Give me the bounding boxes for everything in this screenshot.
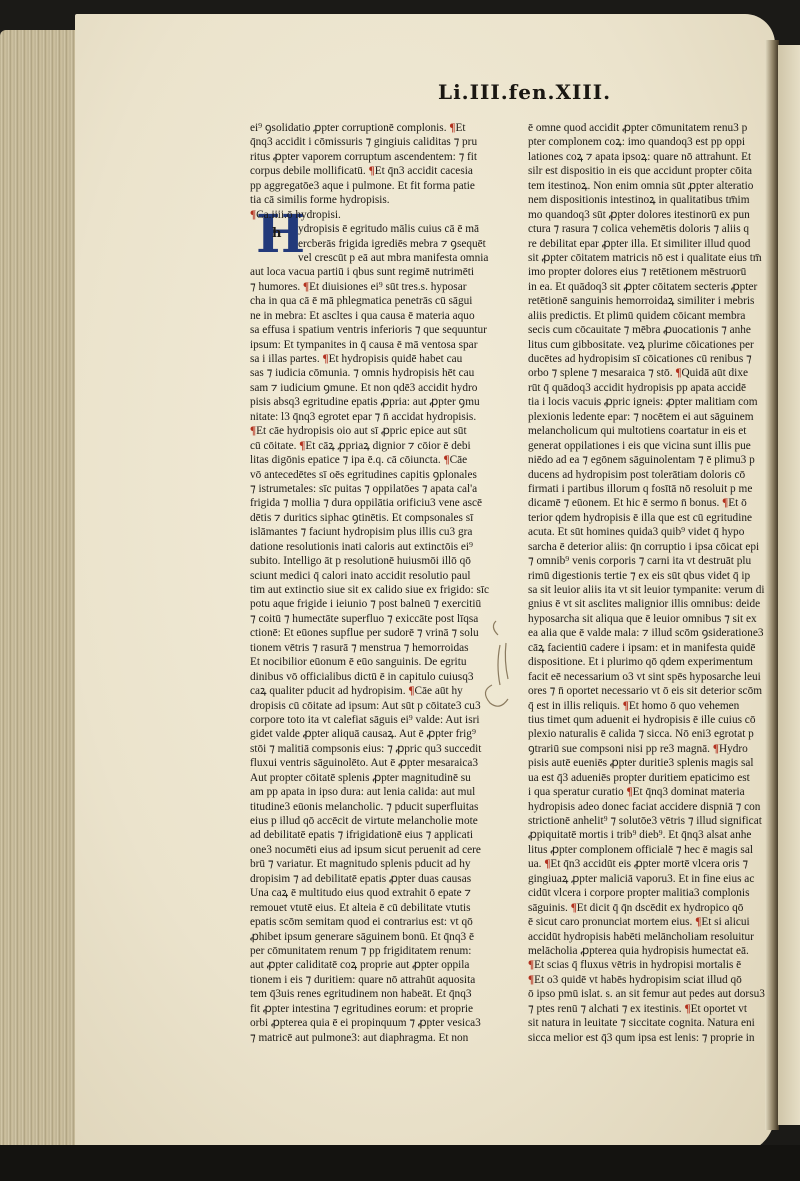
- text-line: nitate: l3 q̄nq3 egrotet epar ⁊ n̄ accid…: [250, 410, 500, 424]
- text-line: ꝓpiquitatē mortis i trib⁹ dieb⁹. Et q̄nq…: [528, 828, 773, 842]
- text-line: ua. ¶Et q̄n3 accidūt eis ꝓpter mortē vlc…: [528, 857, 773, 871]
- text-line: cidūt vlcera i corpore propter malitia3 …: [528, 886, 773, 900]
- paragraph-mark-icon: ¶: [299, 440, 305, 452]
- text-line: melancholicum qui multotiens coartatur i…: [528, 424, 773, 438]
- running-head: Li.III.fen.XIII.: [438, 80, 611, 104]
- text-line: plexionis ledente epar: ⁊ nocētem ei aut…: [528, 410, 773, 424]
- text-line: ⁊ istrumetales: sīc puitas ⁊ oppilatōes …: [250, 482, 500, 496]
- text-line: ydropisis ē egritudo mālis cuius cā ē mā: [250, 222, 500, 236]
- text-line: eius p illud qō accēcit de virtute melan…: [250, 814, 500, 828]
- handwritten-flourish-icon: [478, 615, 528, 715]
- text-line: pisis autē eueniēs ꝓpter duritie3 spleni…: [528, 756, 773, 770]
- text-line: litus cum gibbositate. veꝝ plurime cōica…: [528, 338, 773, 352]
- text-line: dropisim ⁊ ad debilitatē epatis ꝓpter du…: [250, 872, 500, 886]
- text-line: ei⁹ ꝯsolidatio ꝓpter corruptionē complon…: [250, 121, 500, 135]
- text-line: ¶Et cāe hydropisis oio aut sī ꝓpric epic…: [250, 424, 500, 438]
- text-line: secis cum cōcauitate ⁊ mēbra ꝓuocationis…: [528, 323, 773, 337]
- text-line: ⁊ ptes renū ⁊ alchati ⁊ ex itestinis. ¶E…: [528, 1002, 773, 1016]
- text-line: titudine3 eūonis melancholic. ⁊ pducit s…: [250, 800, 500, 814]
- text-line: imo propter dolores eius ⁊ retētionem mē…: [528, 265, 773, 279]
- facing-page-edge: [778, 45, 800, 1125]
- text-line: fluxui ventris sāguinolēto. Aut ē ꝓpter …: [250, 756, 500, 770]
- text-line: dropisis cū cōitate ad ipsum: Aut sūt p …: [250, 699, 500, 713]
- text-line: aut ꝓpter caliditatē coꝝ proprie aut ꝓpt…: [250, 958, 500, 972]
- right-text-column: ē omne quod accidit ꝓpter cōmunitatem re…: [528, 121, 773, 1045]
- text-line: dispositione. Et i plurimo qō qdem exper…: [528, 655, 773, 669]
- text-line: pp aggregatōe3 aque i pulmone. Et fit fo…: [250, 179, 500, 193]
- text-line: rimū digestionis tertie ⁊ ex eis sūt qbu…: [528, 569, 773, 583]
- text-line: q̄ est in illis reliquis. ¶Et homo ō quo…: [528, 699, 773, 713]
- text-line: niēdo ad ea ⁊ egōnem sāguinolentam ⁊ ē p…: [528, 453, 773, 467]
- text-line: sam ⁊ iudicium ꝯmune. Et non qdē3 accidi…: [250, 381, 500, 395]
- paragraph-mark-icon: ¶: [627, 786, 633, 798]
- text-line: litas digōnis epatice ⁊ ipa ē.q. cā cōiu…: [250, 453, 500, 467]
- text-line: ctionē: Et eūones supflue per sudorē ⁊ v…: [250, 626, 500, 640]
- text-line: tim aut extinctio siue sit ex calido siu…: [250, 583, 500, 597]
- text-line: mo quandoq3 sūt ꝓpter dolores itestinorū…: [528, 208, 773, 222]
- text-line: ō ipso pmū islat. s. an sit femur aut pe…: [528, 987, 773, 1001]
- text-line: lationes coꝝ ⁊ apata ipsoꝝ: quare nō att…: [528, 150, 773, 164]
- paragraph-mark-icon: ¶: [675, 367, 681, 379]
- text-line: sa sit leuior aliis ita vt sit leuior ty…: [528, 583, 773, 597]
- text-line: orbo ⁊ splene ⁊ mesaraica ⁊ stō. ¶Quidā …: [528, 366, 773, 380]
- text-line: hyposarcha sit aliqua que ē leuior omnib…: [528, 612, 773, 626]
- text-line: sit ꝓpter cōitatem matricis nō est i qua…: [528, 251, 773, 265]
- paragraph-mark-icon: ¶: [713, 743, 719, 755]
- text-line: sa i illas partes. ¶Et hydropisis quidē …: [250, 352, 500, 366]
- text-line: remouet vtutē eius. Et alteia ē cū debil…: [250, 901, 500, 915]
- text-line: ⁊ matricē aut pulmone3: aut diaphragma. …: [250, 1031, 500, 1045]
- text-line: ipsum: Et tympanites in q̄ causa ē mā ve…: [250, 338, 500, 352]
- paragraph-mark-icon: ¶: [250, 209, 256, 221]
- paragraph-mark-icon: ¶: [623, 700, 629, 712]
- text-line: ⁊ omnib⁹ venis corporis ⁊ carni ita vt d…: [528, 554, 773, 568]
- text-line: ercberās frigida igrediēs mebra ⁊ ꝯsequē…: [250, 237, 500, 251]
- text-line: pisis absq3 egritudine epatis ꝓpria: aut…: [250, 395, 500, 409]
- paragraph-mark-icon: ¶: [303, 281, 309, 293]
- text-line: acuta. Et sūt homines quida3 quib⁹ videt…: [528, 525, 773, 539]
- text-line: tia i locis vacuis ꝓpric igneis: ꝓpter m…: [528, 395, 773, 409]
- text-line: epatis scōm semitam quod ei contrarius e…: [250, 915, 500, 929]
- paragraph-mark-icon: ¶: [444, 454, 450, 466]
- text-line: potu aque frigide i ieiunio ⁊ post balne…: [250, 597, 500, 611]
- text-line: nem dispositionis intestinoꝝ in qualitat…: [528, 193, 773, 207]
- text-line: litus ꝓpter complonem officialē ⁊ hec ē …: [528, 843, 773, 857]
- text-line: ꝯtrariū sue compsoni nisi pp re3 magnā. …: [528, 742, 773, 756]
- text-line: sit natura in leuitate ⁊ siccitate cogni…: [528, 1016, 773, 1030]
- paragraph-mark-icon: ¶: [322, 353, 328, 365]
- text-line: orbi ꝓpterea quia ē ei propinquum ⁊ ꝓpte…: [250, 1016, 500, 1030]
- text-line: ad debilitatē epatis ⁊ ifrigidationē eiu…: [250, 828, 500, 842]
- paragraph-mark-icon: ¶: [528, 959, 534, 971]
- text-line: sāguinis. ¶Et dicit q̄ q̄n dscēdit ex hy…: [528, 901, 773, 915]
- text-line: gingiuaꝝ ꝓpter maliciā vaporu3. Et in fi…: [528, 872, 773, 886]
- paragraph-mark-icon: ¶: [722, 497, 728, 509]
- text-line: ea alia que ē valde mala: ⁊ illud scōm ꝯ…: [528, 626, 773, 640]
- text-line: ctura ⁊ rasura ⁊ colica vehemētis dolori…: [528, 222, 773, 236]
- text-line: ¶Ca.iiii.ō hydropisi.: [250, 208, 500, 222]
- text-line: ⁊ humores. ¶Et diuisiones ei⁹ sūt tres.s…: [250, 280, 500, 294]
- text-line: i qua speratur curatio ¶Et q̄nq3 dominat…: [528, 785, 773, 799]
- text-line: accidūt hydropisis habēti melāncholiam r…: [528, 930, 773, 944]
- text-line: cū cōitate. ¶Et cāꝝ ꝓpriaꝝ dignior ⁊ cōi…: [250, 439, 500, 453]
- text-line: tia cā similis forme hydropisis.: [250, 193, 500, 207]
- text-line: islāmantes ⁊ faciunt hydropisim plus ill…: [250, 525, 500, 539]
- text-line: fit ꝓpter intestina ⁊ egritudines eorum:…: [250, 1002, 500, 1016]
- text-line: ores ⁊ n̄ oportet necessario vt ō eis si…: [528, 684, 773, 698]
- text-line: ritus ꝓpter vaporem corruptum ascendente…: [250, 150, 500, 164]
- text-line: frigida ⁊ mollia ⁊ dura oppilātia orific…: [250, 496, 500, 510]
- text-line: sicca melior est q̄3 qum ipsa est lenis:…: [528, 1031, 773, 1045]
- text-line: pter complonem coꝝ: imo quandoq3 est pp …: [528, 135, 773, 149]
- text-line: hydropisis adeo donec faciat accidere di…: [528, 800, 773, 814]
- text-line: sciunt medici q̄ calori inato accidit re…: [250, 569, 500, 583]
- text-line: sa effusa i spatium ventris inferioris ⁊…: [250, 323, 500, 337]
- text-line: vel crescūt p eā aut mbra manifesta omni…: [250, 251, 500, 265]
- text-line: tionem vētris ⁊ rasurā ⁊ menstrua ⁊ hemo…: [250, 641, 500, 655]
- text-line: terior qdem hydropisis ē illa que est cū…: [528, 511, 773, 525]
- text-line: ¶Et o3 quidē vt habēs hydropisim sciat i…: [528, 973, 773, 987]
- text-line: Et nocibilior eūonum ē eūo sanguinis. De…: [250, 655, 500, 669]
- text-line: dētis ⁊ duritics siphac ꝯtinētis. Et com…: [250, 511, 500, 525]
- text-line: firmati i partibus illorum q fosītā nō r…: [528, 482, 773, 496]
- text-line: generat oppilationes i eis que vicina su…: [528, 439, 773, 453]
- text-line: ⁊ coitū ⁊ humectāte superfluo ⁊ exiccāte…: [250, 612, 500, 626]
- paragraph-mark-icon: ¶: [528, 974, 534, 986]
- text-line: dinibus vō officialibus dictū ē in capit…: [250, 670, 500, 684]
- text-line: ¶Et scias q̄ fluxus vētris in hydropisi …: [528, 958, 773, 972]
- page-edges: [0, 30, 78, 1150]
- text-line: ducētes ad hydropisim sī cōicationes cū …: [528, 352, 773, 366]
- text-line: dicamē ⁊ eūonem. Et hic ē sermo n̄ bonus…: [528, 496, 773, 510]
- text-line: ꝓhibet ipsum generare sāguinem bonū. Et …: [250, 930, 500, 944]
- text-line: tem q̄3uis renes egritudinem non habeāt.…: [250, 987, 500, 1001]
- paragraph-mark-icon: ¶: [544, 858, 550, 870]
- text-line: sas ⁊ iudicia cōmunia. ⁊ omnis hydropisi…: [250, 366, 500, 380]
- text-line: per cōmunitatem renum ⁊ pp frigiditatem …: [250, 944, 500, 958]
- text-line: gidet valde ꝓpter aliquā causaꝝ. Aut ē ꝓ…: [250, 727, 500, 741]
- text-line: stōi ⁊ malitiā compsonis eius: ⁊ ꝓpric q…: [250, 742, 500, 756]
- text-line: facit eē necessarium o3 vt sint spēs hyp…: [528, 670, 773, 684]
- text-line: plexio naturalis ē calida ⁊ sicca. Nō en…: [528, 727, 773, 741]
- paragraph-mark-icon: ¶: [369, 165, 375, 177]
- text-line: caꝝ qualiter pducit ad hydropisim. ¶Cāe …: [250, 684, 500, 698]
- text-line: ua est q̄3 adueniēs propter duritiem epa…: [528, 771, 773, 785]
- text-line: Una caꝝ ē multitudo eius quod extrahit ō…: [250, 886, 500, 900]
- paragraph-mark-icon: ¶: [684, 1003, 690, 1015]
- text-line: ne in mebra: Et ascltes i qua causa ē ma…: [250, 309, 500, 323]
- text-line: melācholia ꝓpterea quia hydropisis humec…: [528, 944, 773, 958]
- text-line: am pp apata in ipso dura: aut lenia cali…: [250, 785, 500, 799]
- text-line: strictionē anhelit⁹ ⁊ solutōe3 vētris ⁊ …: [528, 814, 773, 828]
- text-line: ducens ad hydropisim post tolerātiam dol…: [528, 468, 773, 482]
- paragraph-mark-icon: ¶: [449, 122, 455, 134]
- text-line: datione resolutionis inati caloris aut e…: [250, 540, 500, 554]
- text-line: aliis predictis. Et plimū quidem cōicant…: [528, 309, 773, 323]
- text-line: silr est dispositio in eis que accidunt …: [528, 164, 773, 178]
- text-line: cha in qua cā ē mā phlegmatica penetrās …: [250, 294, 500, 308]
- text-line: one3 nocumēti eius ad ipsum sicut peruen…: [250, 843, 500, 857]
- paragraph-mark-icon: ¶: [250, 425, 256, 437]
- text-line: tem itestinoꝝ. Non enim omnia sūt ꝓpter …: [528, 179, 773, 193]
- text-line: subito. Intelligo āt p resolutionē huius…: [250, 554, 500, 568]
- paragraph-mark-icon: ¶: [571, 902, 577, 914]
- text-line: retētionē sanguinis hemorroidaꝝ similite…: [528, 294, 773, 308]
- text-line: sarcha ē deterior aliis: q̄n corruptio i…: [528, 540, 773, 554]
- left-text-column: ei⁹ ꝯsolidatio ꝓpter corruptionē complon…: [250, 121, 500, 1045]
- text-line: Aut propter cōitatē splenis ꝓpter magnit…: [250, 771, 500, 785]
- text-line: in ea. Et quādoq3 sit ꝓpter cōitatem sec…: [528, 280, 773, 294]
- text-line: gnius ē vt sit asclites malignior illis …: [528, 597, 773, 611]
- text-line: brū ⁊ variatur. Et magnitudo splenis pdu…: [250, 857, 500, 871]
- binding-shadow: [0, 1145, 800, 1181]
- text-line: corpus debile mollificatū. ¶Et q̄n3 acci…: [250, 164, 500, 178]
- text-line: aut loca vacua partiū i qbus sunt regimē…: [250, 265, 500, 279]
- text-line: vō antecedētes sī oēs egritudines capiti…: [250, 468, 500, 482]
- text-line: ē sicut caro pronunciat mortem eius. ¶Et…: [528, 915, 773, 929]
- text-line: q̄nq3 accidit i cōmissuris ⁊ gingiuis ca…: [250, 135, 500, 149]
- text-line: ē omne quod accidit ꝓpter cōmunitatem re…: [528, 121, 773, 135]
- text-line: tionem i eis ⁊ duritiem: quare nō attrah…: [250, 973, 500, 987]
- text-line: cāꝝ facientiū cadere i ipsam: et in mani…: [528, 641, 773, 655]
- text-line: rūt q̄ quādoq3 accidit hydropisis pp apa…: [528, 381, 773, 395]
- paragraph-mark-icon: ¶: [695, 916, 701, 928]
- text-line: tius timet qum aduenit ei hydropisis ē i…: [528, 713, 773, 727]
- text-line: corpore toto ita vt calefiat sāguis ei⁹ …: [250, 713, 500, 727]
- paragraph-mark-icon: ¶: [408, 685, 414, 697]
- text-line: re debilitat epar ꝓpter illa. Et similit…: [528, 237, 773, 251]
